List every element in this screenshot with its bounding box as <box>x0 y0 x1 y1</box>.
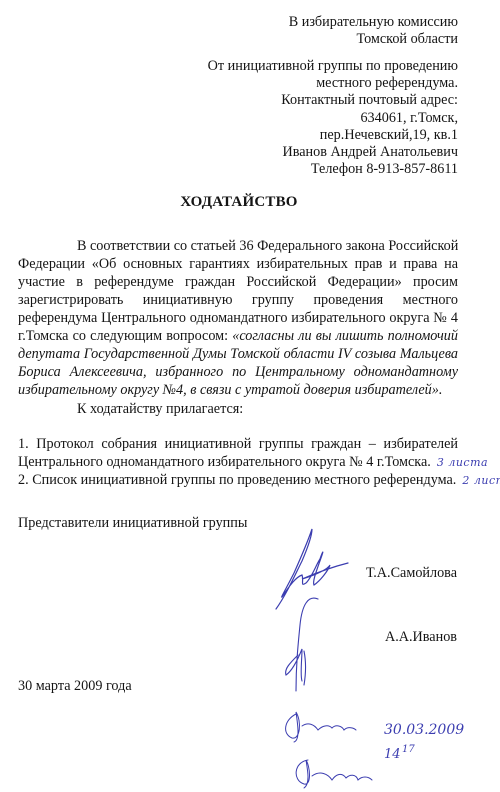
handwritten-page-count: 2 листа <box>462 474 500 487</box>
sender-line: От инициативной группы по проведению <box>208 58 458 75</box>
body-line: зарегистрировать инициативную группу про… <box>18 291 458 309</box>
signer-name: А.А.Иванов <box>385 629 457 646</box>
petition-body: В соответствии со статьей 36 Федеральног… <box>18 237 458 399</box>
sender-line: местного референдума. <box>208 75 458 92</box>
svg-text:17: 17 <box>402 744 415 755</box>
svg-text:30.03.2009: 30.03.2009 <box>384 722 464 738</box>
body-line: В соответствии со статьей 36 Федеральног… <box>18 237 458 255</box>
document-date: 30 марта 2009 года <box>18 678 132 695</box>
sender-name: Иванов Андрей Анатольевич <box>208 144 458 161</box>
body-line: Федерации «Об основных гарантиях избират… <box>18 255 458 273</box>
attachments-list: 1. Протокол собрания инициативной группы… <box>18 435 458 489</box>
attachment-item-2: 2. Список инициативной группы по проведе… <box>18 471 458 489</box>
representatives-label: Представители инициативной группы <box>18 515 247 532</box>
body-line: г.Томска со следующим вопросом: «согласн… <box>18 327 458 345</box>
handwritten-received-note-icon: 30.03.2009 14 17 <box>280 700 500 792</box>
document-page: В избирательную комиссию Томской области… <box>0 0 500 792</box>
referendum-question-line: избирательному округу №4, в связи с утра… <box>18 381 458 399</box>
received-stamp: 30.03.2009 14 17 <box>280 700 500 792</box>
sender-phone: Телефон 8-913-857-8611 <box>208 161 458 178</box>
handwritten-page-count: 3 листа <box>437 456 488 469</box>
attachment-item-1-cont: Центрального одномандатного избирательно… <box>18 453 458 471</box>
recipient-line: Томской области <box>289 31 458 48</box>
attachments-heading: К ходатайству прилагается: <box>77 401 243 418</box>
body-line: референдума Центрального одномандатного … <box>18 309 458 327</box>
recipient-block: В избирательную комиссию Томской области <box>289 14 458 48</box>
referendum-question-line: депутата Государственной Думы Томской об… <box>18 345 458 363</box>
attachment-item-1: 1. Протокол собрания инициативной группы… <box>18 435 458 453</box>
recipient-line: В избирательную комиссию <box>289 14 458 31</box>
document-title: ХОДАТАЙСТВО <box>0 194 478 211</box>
sender-address: 634061, г.Томск, <box>208 110 458 127</box>
sender-line: Контактный почтовый адрес: <box>208 92 458 109</box>
referendum-question: «согласны ли вы лишить полномочий <box>232 328 458 344</box>
signature-icon <box>278 595 328 695</box>
sender-block: От инициативной группы по проведению мес… <box>208 58 458 178</box>
signer-name: Т.А.Самойлова <box>366 565 457 582</box>
body-line: участие в референдуме граждан Российской… <box>18 273 458 291</box>
svg-text:14: 14 <box>384 747 401 762</box>
referendum-question-line: Бориса Алексеевича, избранного по Центра… <box>18 363 458 381</box>
sender-address: пер.Нечевский,19, кв.1 <box>208 127 458 144</box>
